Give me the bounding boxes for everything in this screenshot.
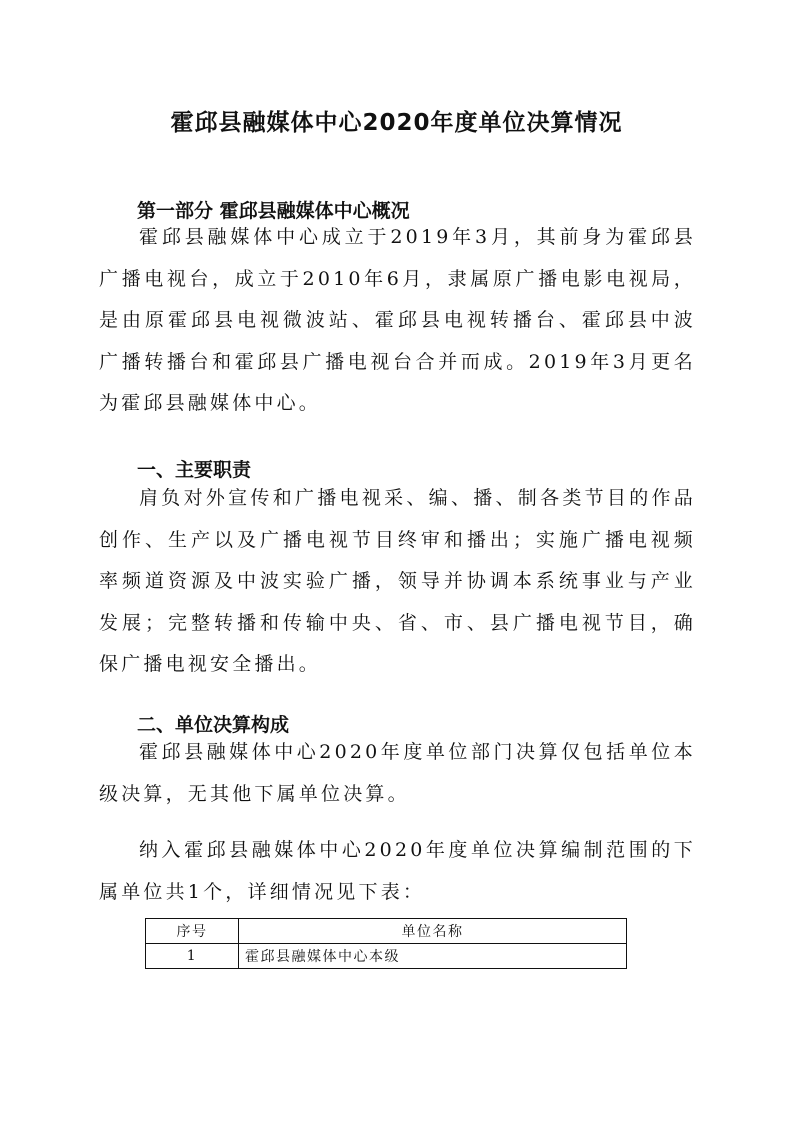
- page-title: 霍邱县融媒体中心2020年度单位决算情况: [0, 104, 793, 137]
- part1-intro-paragraph: 霍邱县融媒体中心成立于2019年3月，其前身为霍邱县广播电视台，成立于2010年…: [99, 217, 696, 425]
- section2-paragraph-1: 霍邱县融媒体中心2020年度单位部门决算仅包括单位本级决算，无其他下属单位决算。: [99, 732, 696, 815]
- header-unit-name: 单位名称: [239, 919, 627, 944]
- cell-unit-name: 霍邱县融媒体中心本级: [239, 944, 627, 969]
- section2-paragraph-2: 纳入霍邱县融媒体中心2020年度单位决算编制范围的下属单位共1个，详细情况见下表…: [99, 830, 696, 913]
- table-header-row: 序号 单位名称: [146, 919, 627, 944]
- units-table: 序号 单位名称 1 霍邱县融媒体中心本级: [145, 918, 627, 969]
- header-serial: 序号: [146, 919, 239, 944]
- section1-body-paragraph: 肩负对外宣传和广播电视采、编、播、制各类节目的作品创作、生产以及广播电视节目终审…: [99, 478, 696, 686]
- table-row: 1 霍邱县融媒体中心本级: [146, 944, 627, 969]
- cell-serial: 1: [146, 944, 239, 969]
